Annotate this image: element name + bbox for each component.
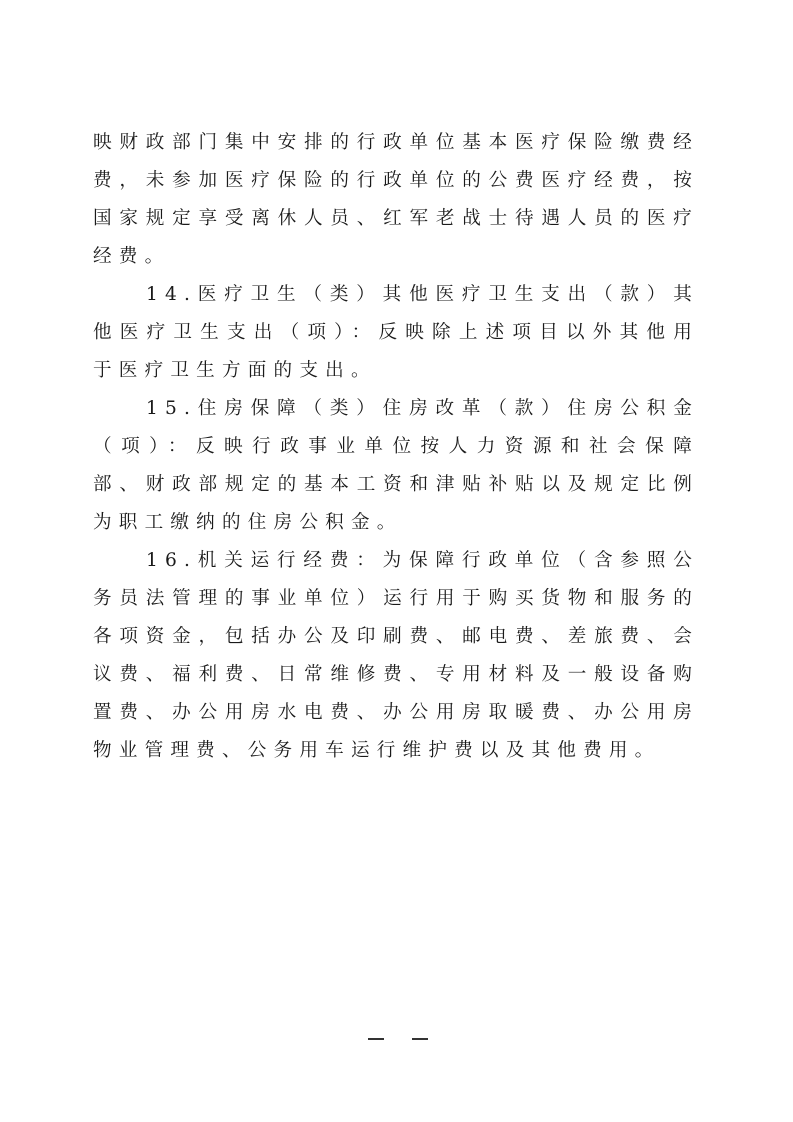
paragraph-item-14: 14.医疗卫生（类）其他医疗卫生支出（款）其他医疗卫生支出（项）：反映除上述项目… — [93, 276, 699, 390]
paragraph-item-16: 16.机关运行经费：为保障行政单位（含参照公务员法管理的事业单位）运行用于购买货… — [93, 542, 699, 770]
footer-dash-left — [368, 1038, 384, 1040]
paragraph-continuation: 映财政部门集中安排的行政单位基本医疗保险缴费经费，未参加医疗保险的行政单位的公费… — [93, 124, 699, 276]
page-number-footer — [368, 1034, 428, 1044]
paragraph-item-15: 15.住房保障（类）住房改革（款）住房公积金（项）：反映行政事业单位按人力资源和… — [93, 390, 699, 542]
document-page: 映财政部门集中安排的行政单位基本医疗保险缴费经费，未参加医疗保险的行政单位的公费… — [0, 0, 793, 1122]
body-text: 映财政部门集中安排的行政单位基本医疗保险缴费经费，未参加医疗保险的行政单位的公费… — [93, 124, 699, 770]
footer-dash-right — [412, 1038, 428, 1040]
